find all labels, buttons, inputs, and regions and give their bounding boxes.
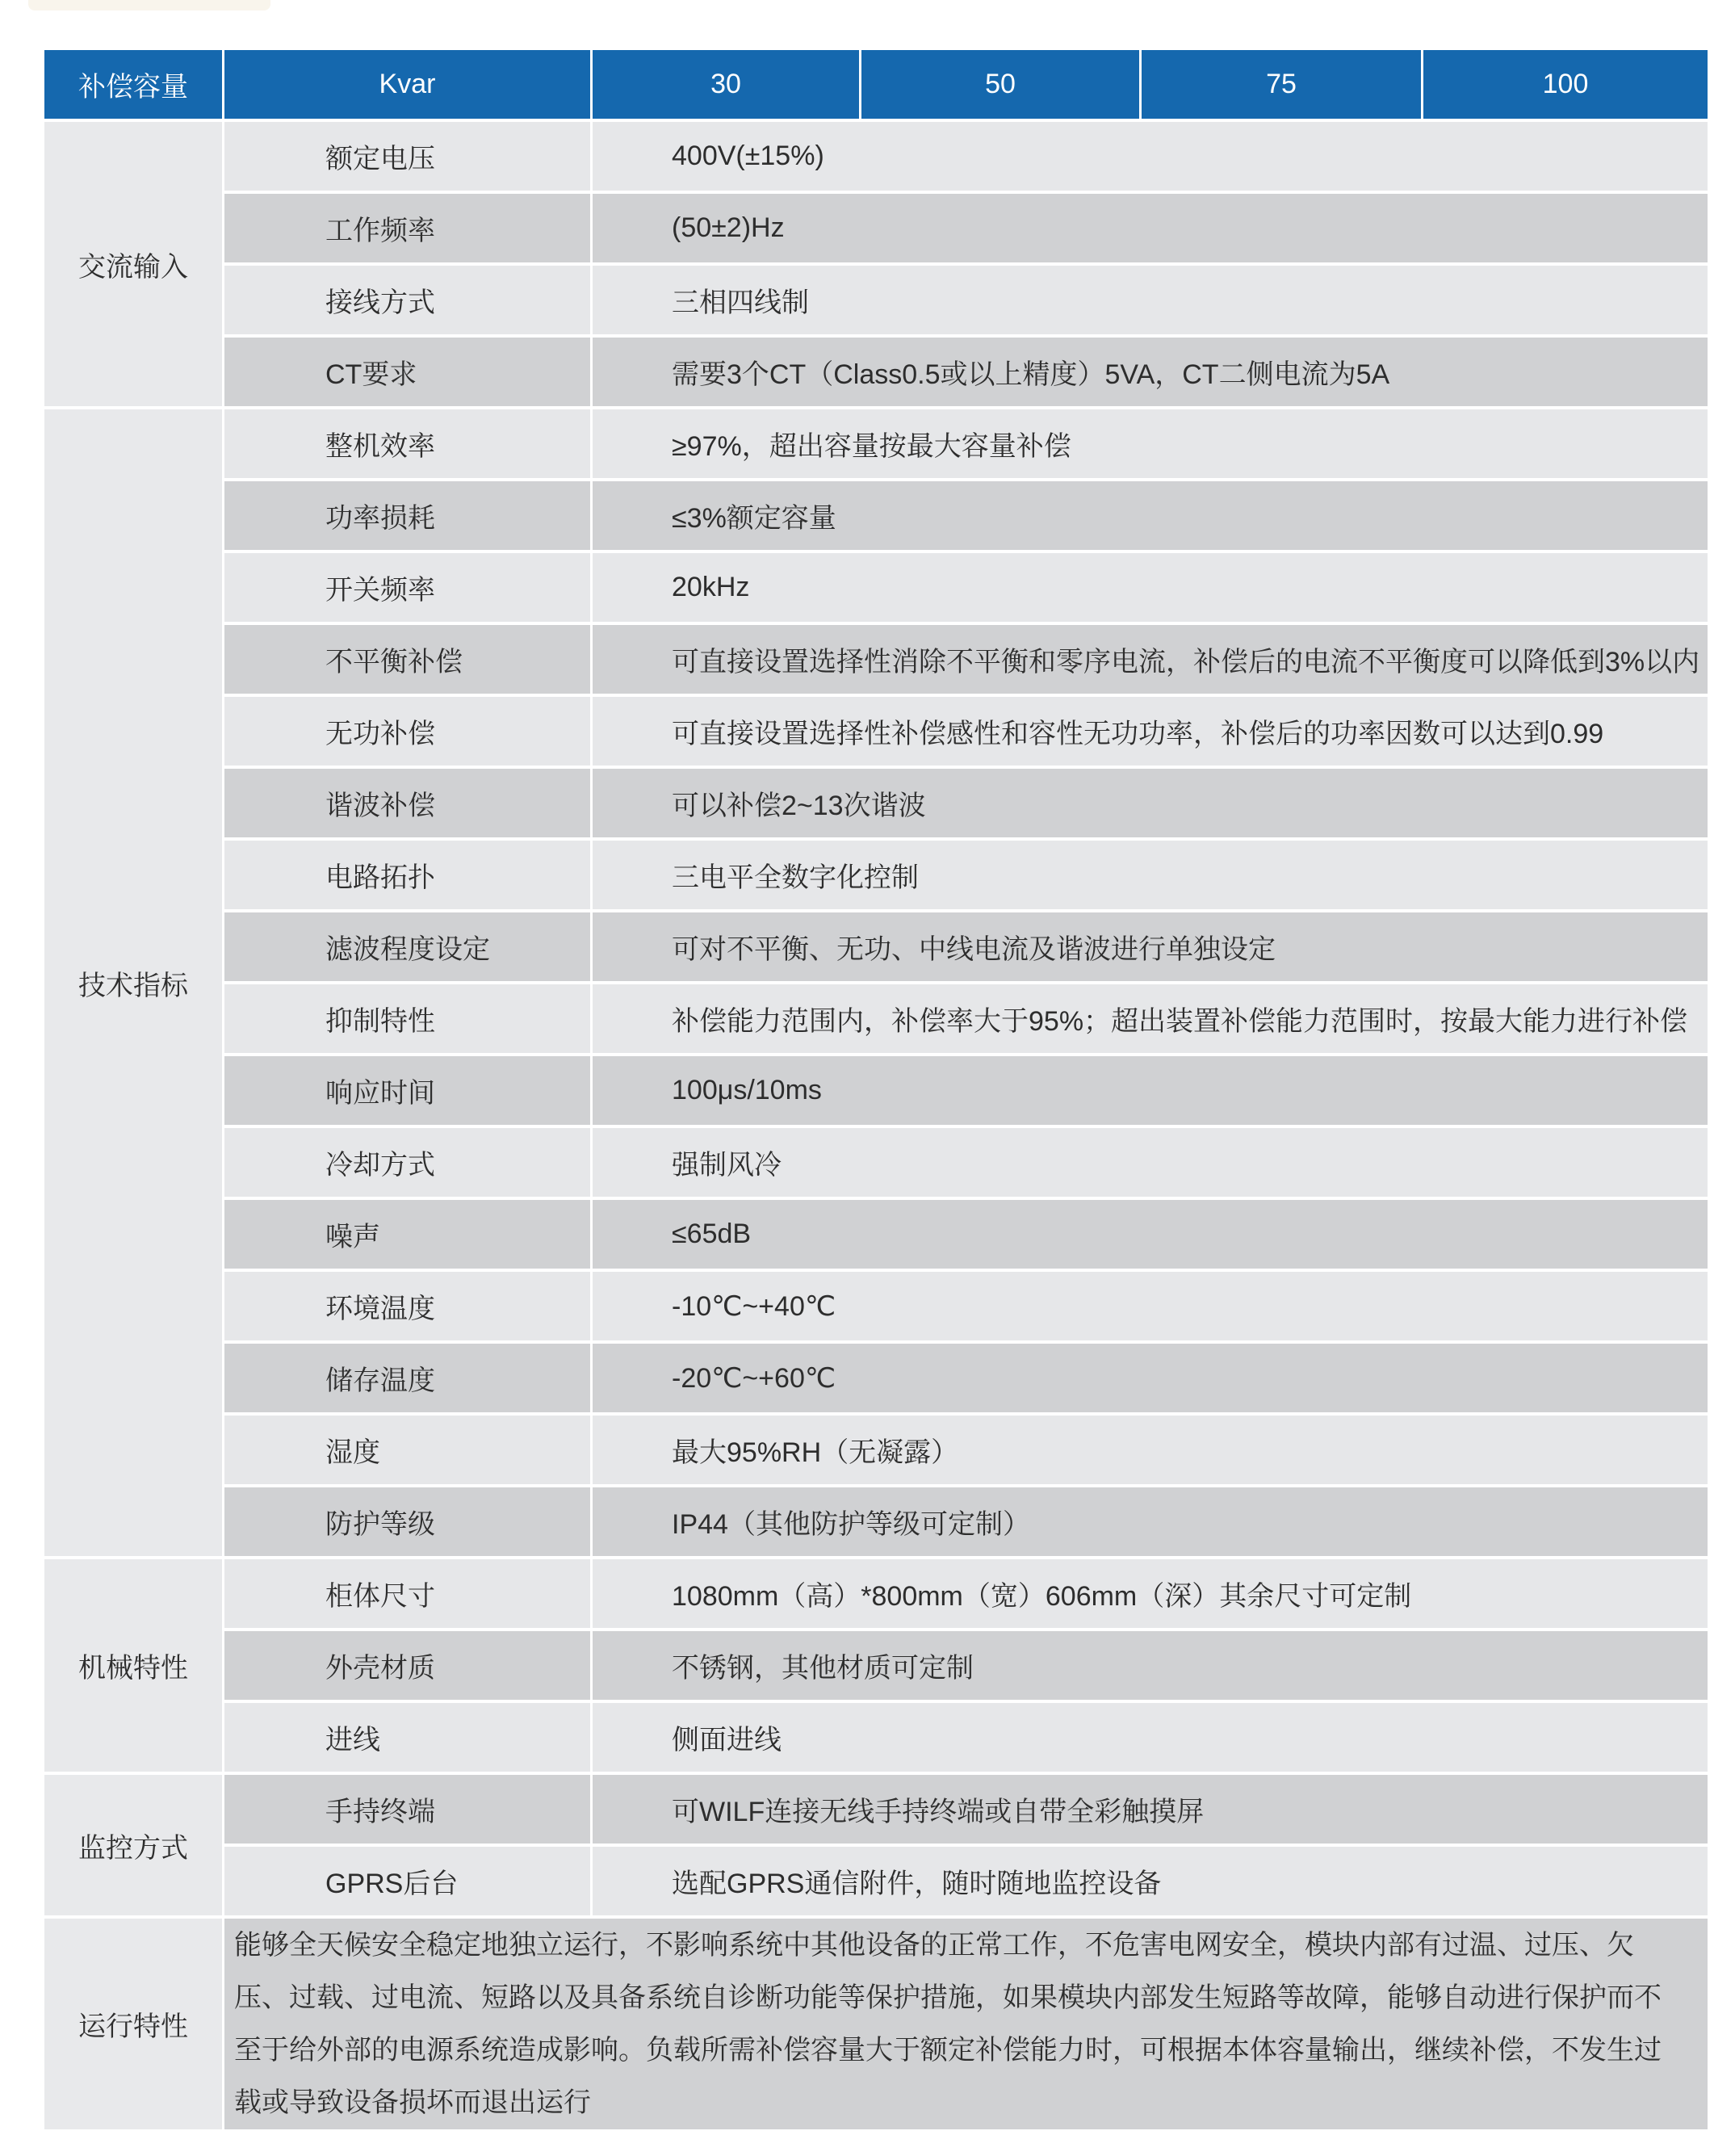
spec-label: 滤波程度设定 [222, 912, 590, 981]
spec-row: 噪声≤65dB [222, 1200, 1708, 1269]
spec-value: 强制风冷 [590, 1128, 1708, 1197]
spec-label: 电路拓扑 [222, 841, 590, 909]
table-header: 补偿容量 Kvar 30 50 75 100 [44, 50, 1708, 119]
spec-label: 湿度 [222, 1416, 590, 1484]
section-label: 交流输入 [44, 122, 222, 406]
section-operating: 运行特性能够全天候安全稳定地独立运行，不影响系统中其他设备的正常工作，不危害电网… [44, 1919, 1708, 2129]
spec-row: 无功补偿可直接设置选择性补偿感性和容性无功功率，补偿后的功率因数可以达到0.99 [222, 697, 1708, 766]
spec-label: 功率损耗 [222, 481, 590, 550]
section-rows: 额定电压400V(±15%)工作频率(50±2)Hz接线方式三相四线制CT要求需… [222, 122, 1708, 406]
section-label: 技术指标 [44, 409, 222, 1556]
table-body: 交流输入额定电压400V(±15%)工作频率(50±2)Hz接线方式三相四线制C… [44, 122, 1708, 2129]
section-rows: 整机效率≥97%，超出容量按最大容量补偿功率损耗≤3%额定容量开关频率20kHz… [222, 409, 1708, 1556]
spec-label: 额定电压 [222, 122, 590, 191]
spec-value: 可对不平衡、无功、中线电流及谐波进行单独设定 [590, 912, 1708, 981]
header-unit-label: Kvar [222, 50, 590, 119]
spec-value: 400V(±15%) [590, 122, 1708, 191]
spec-value: ≥97%，超出容量按最大容量补偿 [590, 409, 1708, 478]
spec-label: 不平衡补偿 [222, 625, 590, 694]
header-capacity-75: 75 [1139, 50, 1421, 119]
spec-value: -10℃~+40℃ [590, 1272, 1708, 1340]
spec-value: 补偿能力范围内，补偿率大于95%；超出装置补偿能力范围时，按最大能力进行补偿 [590, 984, 1708, 1053]
spec-label: 整机效率 [222, 409, 590, 478]
spec-label: 储存温度 [222, 1344, 590, 1412]
spec-row: 防护等级IP44（其他防护等级可定制） [222, 1487, 1708, 1556]
spec-label: 柜体尺寸 [222, 1559, 590, 1628]
spec-label: 抑制特性 [222, 984, 590, 1053]
spec-value: IP44（其他防护等级可定制） [590, 1487, 1708, 1556]
section-tech-specs: 技术指标整机效率≥97%，超出容量按最大容量补偿功率损耗≤3%额定容量开关频率2… [44, 409, 1708, 1556]
spec-value: 20kHz [590, 553, 1708, 622]
section-label: 运行特性 [44, 1919, 222, 2129]
spec-value: 三电平全数字化控制 [590, 841, 1708, 909]
spec-row: 工作频率(50±2)Hz [222, 194, 1708, 262]
spec-value: 可直接设置选择性补偿感性和容性无功功率，补偿后的功率因数可以达到0.99 [590, 697, 1708, 766]
spec-row: 外壳材质不锈钢，其他材质可定制 [222, 1631, 1708, 1700]
spec-value: (50±2)Hz [590, 194, 1708, 262]
spec-row: 功率损耗≤3%额定容量 [222, 481, 1708, 550]
spec-label: 手持终端 [222, 1775, 590, 1844]
section-ac-input: 交流输入额定电压400V(±15%)工作频率(50±2)Hz接线方式三相四线制C… [44, 122, 1708, 406]
section-monitoring: 监控方式手持终端可WILF连接无线手持终端或自带全彩触摸屏GPRS后台选配GPR… [44, 1775, 1708, 1915]
spec-row: 柜体尺寸1080mm（高）*800mm（宽）606mm（深）其余尺寸可定制 [222, 1559, 1708, 1628]
spec-value: 最大95%RH（无凝露） [590, 1416, 1708, 1484]
spec-table: 补偿容量 Kvar 30 50 75 100 交流输入额定电压400V(±15%… [44, 50, 1708, 2129]
spec-row: GPRS后台选配GPRS通信附件，随时随地监控设备 [222, 1847, 1708, 1915]
spec-value: 可直接设置选择性消除不平衡和零序电流，补偿后的电流不平衡度可以降低到3%以内 [590, 625, 1708, 694]
spec-value: -20℃~+60℃ [590, 1344, 1708, 1412]
spec-value: 侧面进线 [590, 1703, 1708, 1772]
spec-value: 三相四线制 [590, 266, 1708, 334]
header-capacity-30: 30 [590, 50, 859, 119]
spec-label: GPRS后台 [222, 1847, 590, 1915]
spec-label: CT要求 [222, 338, 590, 406]
section-label: 机械特性 [44, 1559, 222, 1772]
spec-label: 响应时间 [222, 1056, 590, 1125]
spec-row: 额定电压400V(±15%) [222, 122, 1708, 191]
spec-row: 接线方式三相四线制 [222, 266, 1708, 334]
spec-label: 开关频率 [222, 553, 590, 622]
spec-label: 工作频率 [222, 194, 590, 262]
section-label: 监控方式 [44, 1775, 222, 1915]
spec-value: 需要3个CT（Class0.5或以上精度）5VA，CT二侧电流为5A [590, 338, 1708, 406]
spec-value: 100μs/10ms [590, 1056, 1708, 1125]
header-capacity-100: 100 [1421, 50, 1708, 119]
section-rows: 柜体尺寸1080mm（高）*800mm（宽）606mm（深）其余尺寸可定制外壳材… [222, 1559, 1708, 1772]
page: { "colors": { "header_blue": "#1568ae", … [0, 0, 1735, 2156]
spec-label: 外壳材质 [222, 1631, 590, 1700]
spec-row: 储存温度-20℃~+60℃ [222, 1344, 1708, 1412]
spec-label: 环境温度 [222, 1272, 590, 1340]
spec-value: 1080mm（高）*800mm（宽）606mm（深）其余尺寸可定制 [590, 1559, 1708, 1628]
spec-row: 开关频率20kHz [222, 553, 1708, 622]
spec-row: CT要求需要3个CT（Class0.5或以上精度）5VA，CT二侧电流为5A [222, 338, 1708, 406]
spec-row: 环境温度-10℃~+40℃ [222, 1272, 1708, 1340]
spec-value: 可以补偿2~13次谐波 [590, 769, 1708, 837]
operating-notes-text: 能够全天候安全稳定地独立运行，不影响系统中其他设备的正常工作，不危害电网安全，模… [234, 1919, 1687, 2129]
spec-row: 电路拓扑三电平全数字化控制 [222, 841, 1708, 909]
spec-label: 接线方式 [222, 266, 590, 334]
spec-row: 整机效率≥97%，超出容量按最大容量补偿 [222, 409, 1708, 478]
spec-value: ≤65dB [590, 1200, 1708, 1269]
spec-label: 无功补偿 [222, 697, 590, 766]
spec-value: 不锈钢，其他材质可定制 [590, 1631, 1708, 1700]
header-capacity-50: 50 [859, 50, 1139, 119]
spec-label: 防护等级 [222, 1487, 590, 1556]
spec-row: 抑制特性补偿能力范围内，补偿率大于95%；超出装置补偿能力范围时，按最大能力进行… [222, 984, 1708, 1053]
spec-label: 谐波补偿 [222, 769, 590, 837]
spec-row: 谐波补偿可以补偿2~13次谐波 [222, 769, 1708, 837]
operating-notes-cell: 能够全天候安全稳定地独立运行，不影响系统中其他设备的正常工作，不危害电网安全，模… [222, 1919, 1708, 2129]
section-rows: 手持终端可WILF连接无线手持终端或自带全彩触摸屏GPRS后台选配GPRS通信附… [222, 1775, 1708, 1915]
section-mechanical: 机械特性柜体尺寸1080mm（高）*800mm（宽）606mm（深）其余尺寸可定… [44, 1559, 1708, 1772]
spec-row: 进线侧面进线 [222, 1703, 1708, 1772]
spec-label: 冷却方式 [222, 1128, 590, 1197]
spec-row: 湿度最大95%RH（无凝露） [222, 1416, 1708, 1484]
spec-row: 响应时间100μs/10ms [222, 1056, 1708, 1125]
header-capacity-label: 补偿容量 [44, 50, 222, 119]
spec-value: ≤3%额定容量 [590, 481, 1708, 550]
spec-value: 可WILF连接无线手持终端或自带全彩触摸屏 [590, 1775, 1708, 1844]
spec-row: 冷却方式强制风冷 [222, 1128, 1708, 1197]
spec-row: 不平衡补偿可直接设置选择性消除不平衡和零序电流，补偿后的电流不平衡度可以降低到3… [222, 625, 1708, 694]
spec-row: 滤波程度设定可对不平衡、无功、中线电流及谐波进行单独设定 [222, 912, 1708, 981]
spec-row: 手持终端可WILF连接无线手持终端或自带全彩触摸屏 [222, 1775, 1708, 1844]
spec-value: 选配GPRS通信附件，随时随地监控设备 [590, 1847, 1708, 1915]
top-page-artifact [28, 0, 270, 10]
spec-label: 进线 [222, 1703, 590, 1772]
spec-label: 噪声 [222, 1200, 590, 1269]
